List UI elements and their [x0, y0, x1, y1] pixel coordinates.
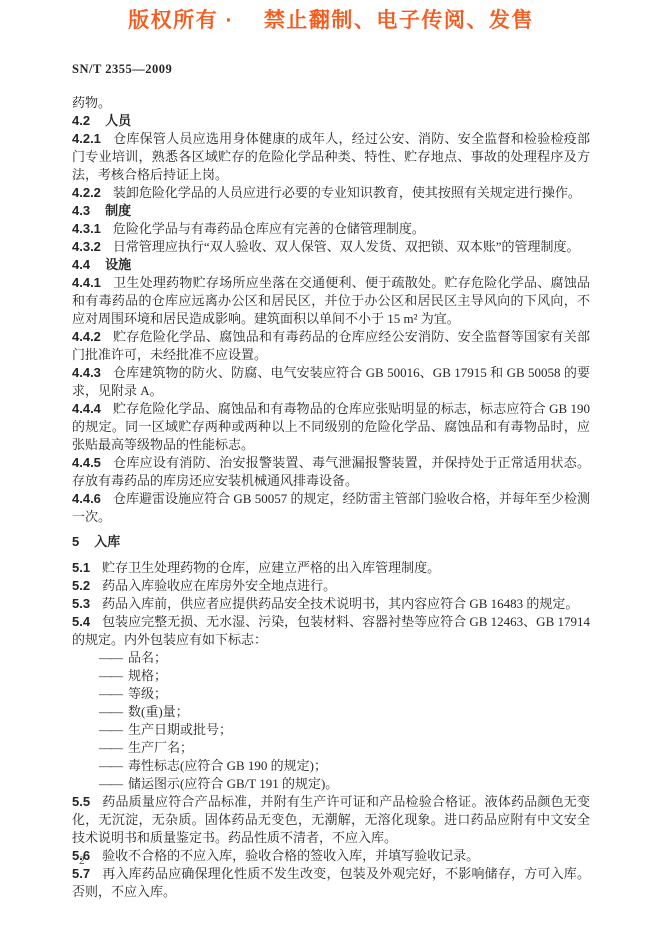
- dash-marker: ——: [99, 776, 121, 791]
- clause-text: 仓库避雷设施应符合 GB 50057 的规定，经防雷主管部门验收合格，并每年至少…: [72, 491, 590, 524]
- list-item: ——规格；: [72, 667, 590, 685]
- heading-title: 设施: [105, 257, 131, 272]
- dash-marker: ——: [99, 704, 121, 719]
- clause-number: 4.4.3: [72, 365, 101, 380]
- clause-5.6: 5.6验收不合格的不应入库，验收合格的签收入库，并填写验收记录。: [72, 847, 590, 865]
- section-heading-4.3: 4.3制度: [72, 202, 590, 220]
- body-paragraph: 药物。: [72, 94, 590, 112]
- clause-5.7: 5.7再入库药品应确保理化性质不发生改变，包装及外观完好，不影响储存，方可入库。…: [72, 865, 590, 901]
- dash-marker: ——: [99, 650, 121, 665]
- list-item-text: 储运图示(应符合 GB/T 191 的规定)。: [128, 776, 338, 791]
- heading-number: 4.4: [72, 257, 90, 272]
- clause-number: 4.4.1: [72, 275, 101, 290]
- section-heading-4.2: 4.2人员: [72, 112, 590, 130]
- page-number: 2: [79, 855, 85, 867]
- clause-text: 药品入库前，供应者应提供药品安全技术说明书，其内容应符合 GB 16483 的规…: [102, 596, 578, 611]
- clause-text: 仓库保管人员应选用身体健康的成年人，经过公安、消防、安全监督和检验检疫部门专业培…: [72, 131, 590, 182]
- heading-title: 人员: [105, 113, 131, 128]
- list-item-text: 生产厂名；: [128, 740, 193, 755]
- clause-4.4.4: 4.4.4贮存危险化学品、腐蚀品和有毒物品的仓库应张贴明显的标志，标志应符合 G…: [72, 400, 590, 454]
- clause-number: 5.1: [72, 560, 90, 575]
- clause-text: 贮存危险化学品、腐蚀品和有毒药品的仓库应经公安消防、安全监督等国家有关部门批准许…: [72, 329, 590, 362]
- clause-text: 日常管理应执行“双人验收、双人保管、双人发货、双把锁、双本账”的管理制度。: [113, 239, 580, 254]
- list-item-text: 毒性标志(应符合 GB 190 的规定)；: [128, 758, 327, 773]
- list-item: ——储运图示(应符合 GB/T 191 的规定)。: [72, 775, 590, 793]
- heading-title: 入库: [94, 534, 120, 549]
- clause-4.3.1: 4.3.1危险化学品与有毒药品仓库应有完善的仓储管理制度。: [72, 220, 590, 238]
- clause-text: 贮存危险化学品、腐蚀品和有毒物品的仓库应张贴明显的标志，标志应符合 GB 190…: [72, 401, 590, 452]
- clause-number: 5.5: [72, 794, 90, 809]
- list-item-text: 等级；: [128, 686, 167, 701]
- section-heading-4.4: 4.4设施: [72, 256, 590, 274]
- clause-text: 卫生处理药物贮存场所应坐落在交通便利、便于疏散处。贮存危险化学品、腐蚀品和有毒药…: [72, 275, 590, 326]
- dash-marker: ——: [99, 722, 121, 737]
- clause-4.4.6: 4.4.6仓库避雷设施应符合 GB 50057 的规定，经防雷主管部门验收合格，…: [72, 490, 590, 526]
- list-item: ——生产日期或批号；: [72, 721, 590, 739]
- clause-number: 5.7: [72, 866, 90, 881]
- clause-5.2: 5.2药品入库验收应在库房外安全地点进行。: [72, 577, 590, 595]
- section-heading-5: 5入库: [72, 533, 590, 551]
- clause-number: 4.4.5: [72, 455, 101, 470]
- clause-4.2.2: 4.2.2装卸危险化学品的人员应进行必要的专业知识教育，使其按照有关规定进行操作…: [72, 184, 590, 202]
- clause-text: 药品质量应符合产品标准，并附有生产许可证和产品检验合格证。液体药品颜色无变化，无…: [72, 794, 590, 845]
- clause-5.5: 5.5药品质量应符合产品标准，并附有生产许可证和产品检验合格证。液体药品颜色无变…: [72, 793, 590, 847]
- clause-text: 危险化学品与有毒药品仓库应有完善的仓储管理制度。: [113, 221, 425, 236]
- clause-number: 4.2.1: [72, 131, 101, 146]
- list-item-text: 规格；: [128, 668, 167, 683]
- clause-4.4.3: 4.4.3仓库建筑物的防火、防腐、电气安装应符合 GB 50016、GB 179…: [72, 364, 590, 400]
- list-item: ——生产厂名；: [72, 739, 590, 757]
- list-item: ——品名；: [72, 649, 590, 667]
- clause-text: 再入库药品应确保理化性质不发生改变，包装及外观完好，不影响储存，方可入库。否则，…: [72, 866, 590, 899]
- clause-4.4.1: 4.4.1卫生处理药物贮存场所应坐落在交通便利、便于疏散处。贮存危险化学品、腐蚀…: [72, 274, 590, 328]
- list-item: ——等级；: [72, 685, 590, 703]
- clause-number: 4.3.2: [72, 239, 101, 254]
- clause-number: 4.4.2: [72, 329, 101, 344]
- standard-number: SN/T 2355—2009: [72, 62, 172, 77]
- clause-4.2.1: 4.2.1仓库保管人员应选用身体健康的成年人，经过公安、消防、安全监督和检验检疫…: [72, 130, 590, 184]
- clause-text: 包装应完整无损、无水湿、污染，包装材料、容器衬垫等应符合 GB 12463、GB…: [72, 614, 590, 647]
- clause-5.1: 5.1贮存卫生处理药物的仓库，应建立严格的出入库管理制度。: [72, 559, 590, 577]
- clause-5.3: 5.3药品入库前，供应者应提供药品安全技术说明书，其内容应符合 GB 16483…: [72, 595, 590, 613]
- clause-4.4.5: 4.4.5仓库应设有消防、治安报警装置、毒气泄漏报警装置，并保持处于正常适用状态…: [72, 454, 590, 490]
- list-item-text: 数(重)量；: [128, 704, 189, 719]
- paragraph-text: 药物。: [72, 95, 111, 110]
- dash-marker: ——: [99, 668, 121, 683]
- heading-number: 4.3: [72, 203, 90, 218]
- clause-text: 验收不合格的不应入库，验收合格的签收入库，并填写验收记录。: [102, 848, 479, 863]
- list-item: ——数(重)量；: [72, 703, 590, 721]
- clause-4.4.2: 4.4.2贮存危险化学品、腐蚀品和有毒药品的仓库应经公安消防、安全监督等国家有关…: [72, 328, 590, 364]
- content: 药物。4.2人员4.2.1仓库保管人员应选用身体健康的成年人，经过公安、消防、安…: [72, 94, 590, 901]
- heading-number: 4.2: [72, 113, 90, 128]
- clause-text: 药品入库验收应在库房外安全地点进行。: [102, 578, 336, 593]
- clause-text: 贮存卫生处理药物的仓库，应建立严格的出入库管理制度。: [102, 560, 440, 575]
- dash-marker: ——: [99, 686, 121, 701]
- list-item-text: 生产日期或批号；: [128, 722, 232, 737]
- clause-number: 4.4.4: [72, 401, 101, 416]
- clause-number: 4.4.6: [72, 491, 101, 506]
- clause-number: 5.4: [72, 614, 90, 629]
- clause-text: 装卸危险化学品的人员应进行必要的专业知识教育，使其按照有关规定进行操作。: [113, 185, 581, 200]
- list-item-text: 品名；: [128, 650, 167, 665]
- copyright-watermark: 版权所有 · 禁止翻制、电子传阅、发售: [0, 4, 662, 34]
- dash-marker: ——: [99, 740, 121, 755]
- heading-number: 5: [72, 534, 79, 549]
- clause-4.3.2: 4.3.2日常管理应执行“双人验收、双人保管、双人发货、双把锁、双本账”的管理制…: [72, 238, 590, 256]
- clause-number: 5.2: [72, 578, 90, 593]
- heading-title: 制度: [105, 203, 131, 218]
- clause-text: 仓库应设有消防、治安报警装置、毒气泄漏报警装置，并保持处于正常适用状态。存放有毒…: [72, 455, 590, 488]
- dash-marker: ——: [99, 758, 121, 773]
- clause-5.4: 5.4包装应完整无损、无水湿、污染，包装材料、容器衬垫等应符合 GB 12463…: [72, 613, 590, 649]
- clause-number: 4.3.1: [72, 221, 101, 236]
- clause-number: 5.3: [72, 596, 90, 611]
- list-item: ——毒性标志(应符合 GB 190 的规定)；: [72, 757, 590, 775]
- clause-text: 仓库建筑物的防火、防腐、电气安装应符合 GB 50016、GB 17915 和 …: [72, 365, 590, 398]
- clause-number: 4.2.2: [72, 185, 101, 200]
